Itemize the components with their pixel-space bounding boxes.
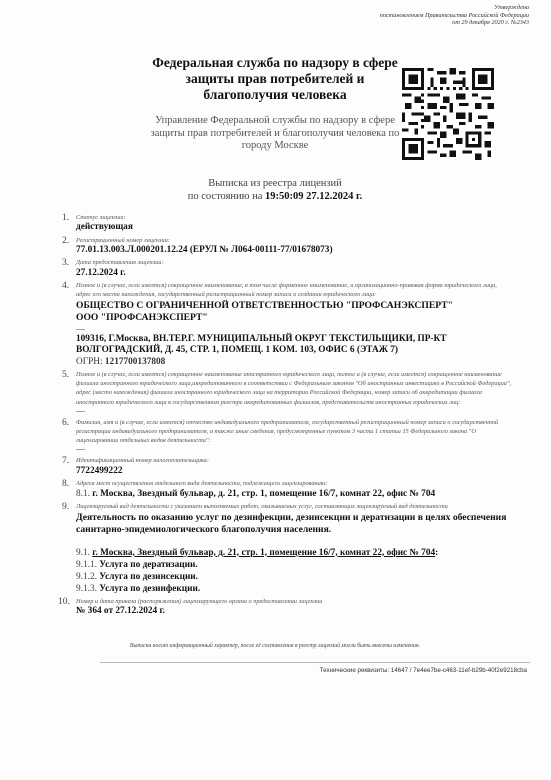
approval-line-3: от 29 декабря 2020 г. №2343 [380, 19, 529, 27]
license-status-value: действующая [76, 222, 512, 234]
approval-line-2: постановлением Правительства Российской … [380, 12, 529, 20]
service-text: Услуга по дезинфекции. [99, 584, 200, 594]
item-label: Номер и дата приказа (распоряжения) лице… [76, 597, 512, 606]
foreign-entity-value: — [76, 407, 512, 416]
approval-note: Утверждена постановлением Правительства … [380, 4, 529, 27]
sub-number: 9.1.3. [76, 584, 97, 594]
item-number: 3. [62, 258, 69, 268]
individual-entrepreneur-value: — [76, 445, 512, 454]
disclaimer-note: Выписка носит информационный характер, п… [100, 643, 450, 649]
agency-title: Федеральная служба по надзору в сфере за… [150, 55, 400, 103]
service-row: 9.1.3. Услуга по дезинфекции. [76, 583, 512, 595]
extract-heading: Выписка из реестра лицензий по состоянию… [150, 178, 400, 203]
item-label: Статус лицензии: [76, 213, 512, 222]
item-registration-number: 2. Регистрационный номер лицензии: 77.01… [62, 236, 512, 257]
department-title: Управление Федеральной службы по надзору… [150, 115, 400, 153]
ogrn-label: ОГРН: [76, 357, 103, 367]
extract-title: Выписка из реестра лицензий [150, 178, 400, 191]
service-row: 9.1.2. Услуга по дезинсекции. [76, 571, 512, 583]
item-individual-entrepreneur: 6. Фамилия, имя и (в случае, если имеетс… [62, 418, 512, 455]
sub-number: 9.1.1. [76, 560, 97, 570]
ogrn-row: ОГРН: 1217700137808 [76, 357, 512, 369]
entity-short-name: ООО "ПРОФСАНЭКСПЕРТ" [76, 312, 512, 325]
order-value: № 364 от 27.12.2024 г. [76, 606, 512, 618]
service-row: 9.1.1. Услуга по дератизации. [76, 559, 512, 571]
item-number: 10. [58, 597, 70, 607]
address-suffix: : [435, 548, 438, 558]
entity-address: 109316, Г.Москва, ВН.ТЕР.Г. МУНИЦИПАЛЬНЫ… [76, 334, 512, 357]
item-label: Полное и (в случае, если имеется) сокращ… [76, 281, 512, 299]
tech-label: Технические реквизиты: [320, 667, 389, 674]
extract-as-of: по состоянию на 19:50:09 27.12.2024 г. [150, 191, 400, 204]
item-label: Лицензируемый вид деятельности с указани… [76, 502, 512, 511]
registration-number-value: 77.01.13.003.Л.000201.12.24 (ЕРУЛ № Л064… [76, 245, 512, 257]
item-number: 5. [62, 370, 69, 380]
qr-code-icon [402, 68, 494, 160]
item-label: Фамилия, имя и (в случае, если имеется) … [76, 418, 512, 446]
item-label: Адреса мест осуществления отдельного вид… [76, 479, 512, 488]
licensed-activity-value: Деятельность по оказанию услуг по дезинф… [76, 512, 512, 537]
item-order: 10. Номер и дата приказа (распоряжения) … [62, 597, 512, 618]
item-number: 8. [62, 479, 69, 489]
activity-address-row: 8.1. г. Москва, Звездный бульвар, д. 21,… [76, 488, 512, 500]
item-number: 9. [62, 502, 69, 512]
item-number: 6. [62, 418, 69, 428]
service-text: Услуга по дезинсекции. [99, 572, 198, 582]
footer-divider [100, 662, 530, 663]
inn-value: 7722499222 [76, 466, 512, 478]
item-licensed-activity: 9. Лицензируемый вид деятельности с указ… [62, 502, 512, 594]
item-number: 4. [62, 281, 69, 291]
item-issue-date: 3. Дата предоставления лицензии: 27.12.2… [62, 258, 512, 279]
issue-date-value: 27.12.2024 г. [76, 268, 512, 280]
technical-details: Технические реквизиты: 14647 / 7e4ee7be-… [320, 667, 527, 674]
activity-location-address: г. Москва, Звездный бульвар, д. 21, стр.… [92, 548, 435, 558]
empty-dash: — [76, 325, 512, 334]
activity-address-value: г. Москва, Звездный бульвар, д. 21, стр.… [92, 489, 435, 499]
service-text: Услуга по дератизации. [99, 560, 197, 570]
item-label: Идентификационный номер налогоплательщик… [76, 456, 512, 465]
as-of-prefix: по состоянию на [188, 191, 263, 202]
as-of-value: 19:50:09 27.12.2024 г. [265, 191, 362, 202]
approval-line-1: Утверждена [380, 4, 529, 12]
item-label: Полное и (в случае, если имеется) сокращ… [76, 370, 512, 407]
item-legal-entity: 4. Полное и (в случае, если имеется) сок… [62, 281, 512, 368]
activity-location-row: 9.1. г. Москва, Звездный бульвар, д. 21,… [76, 547, 512, 559]
sub-number: 9.1. [76, 548, 90, 558]
document-header: Федеральная служба по надзору в сфере за… [150, 55, 400, 153]
sub-number: 8.1. [76, 489, 90, 499]
item-inn: 7. Идентификационный номер налогоплатель… [62, 456, 512, 477]
entity-full-name: ОБЩЕСТВО С ОГРАНИЧЕННОЙ ОТВЕТСТВЕННОСТЬЮ… [76, 300, 512, 313]
item-foreign-entity: 5. Полное и (в случае, если имеется) сок… [62, 370, 512, 416]
item-label: Дата предоставления лицензии: [76, 258, 512, 267]
item-activity-addresses: 8. Адреса мест осуществления отдельного … [62, 479, 512, 500]
item-number: 2. [62, 236, 69, 246]
item-number: 1. [62, 213, 69, 223]
item-number: 7. [62, 456, 69, 466]
tech-value: 14647 / 7e4ee7be-c463-11ef-b29b-40f2e921… [391, 667, 527, 674]
ogrn-value: 1217700137808 [105, 357, 165, 367]
sub-number: 9.1.2. [76, 572, 97, 582]
license-items: 1. Статус лицензии: действующая 2. Регис… [62, 213, 512, 619]
item-label: Регистрационный номер лицензии: [76, 236, 512, 245]
item-license-status: 1. Статус лицензии: действующая [62, 213, 512, 234]
